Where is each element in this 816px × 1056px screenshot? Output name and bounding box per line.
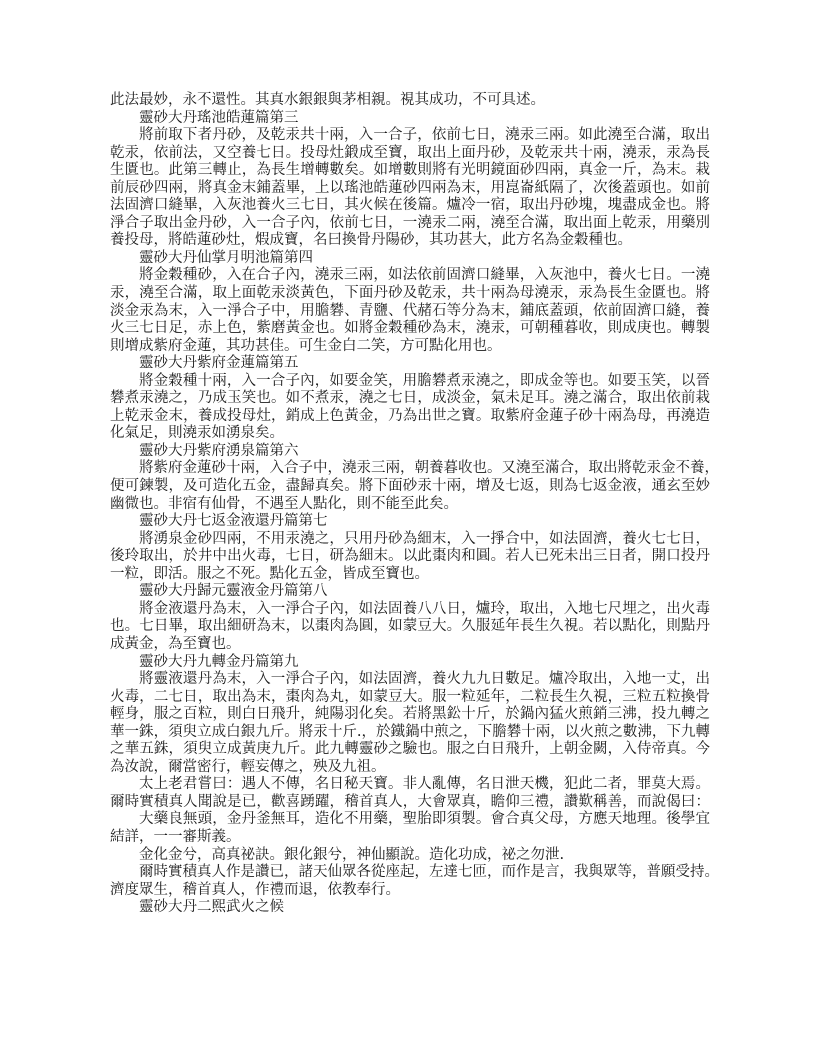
- paragraph-last-line: 養投母，將皓蓮砂灶，煆成寶，名曰換骨丹陽砂，其功甚大，此方名為金穀種也。: [110, 232, 710, 250]
- section-heading: 靈砂大丹紫府湧泉篇第六: [110, 443, 710, 461]
- paragraph-first-line: 太上老君嘗曰：遇人不傳，名日秘天寶。非人亂傳，名日泄天機，犯此二者，罪莫大焉。: [110, 776, 710, 794]
- paragraph-last-line: 濟度眾生，稽首真人，作禮而退，依教奉行。: [110, 882, 710, 900]
- section-heading: 靈砂大丹九轉金丹篇第九: [110, 654, 710, 672]
- paragraph-last-line: 化氣足，則澆汞如湧泉矣。: [110, 425, 710, 443]
- text-line: 也。七日畢，取出細研為末，以棗肉為圓，如蒙豆大。久服延年長生久視。若以點化，則點…: [110, 618, 710, 636]
- text-line: 之華五銖，須臾立成黃庚九斤。此九轉靈砂之驗也。服之白日飛升，上朝金闕，入侍帝真。…: [110, 741, 710, 759]
- text-line: 火毒，二七日，取出為末，棗肉為丸，如蒙豆大。服一粒延年，二粒長生久視，三粒五粒換…: [110, 689, 710, 707]
- paragraph-last-line: 成黃金，為至寶也。: [110, 636, 710, 654]
- paragraph-last-line: 為汝說，爾當密行，輕妄傳之，殃及九祖。: [110, 759, 710, 777]
- paragraph-last-line: 結詳，一一審斯義。: [110, 829, 710, 847]
- paragraph-first-line: 將湧泉金砂四兩，不用汞澆之，只用丹砂為細末，入一掙合中，如法固濟，養火七七日，: [110, 531, 710, 549]
- paragraph-first-line: 將前取下者丹砂，及乾汞共十兩，入一合子，依前七日，澆汞三兩。如此澆至合滿，取出: [110, 127, 710, 145]
- paragraph-last-line: 則增成紫府金蓮，其功甚佳。可生金白二笑，方可點化用也。: [110, 338, 710, 356]
- section-heading: 靈砂大丹紫府金蓮篇第五: [110, 355, 710, 373]
- paragraph-first-line: 大藥良無頭，金丹釜無耳，造化不用藥，聖胎即須製。會合真父母，方應天地理。後學宜: [110, 811, 710, 829]
- text-line: 乾汞，依前法，又空養七日。投母灶鍛成至寶，取出上面丹砂，及乾汞共十兩，澆汞，汞為…: [110, 145, 710, 163]
- document-body: 此法最妙，永不還性。其真水銀銀與茅相親。視其成功，不可具述。靈砂大丹瑤池皓蓮篇第…: [110, 92, 710, 917]
- paragraph-first-line: 將金穀種砂，入在合子內，澆汞三兩，如法依前固濟口縫畢，入灰池中，養火七日。一澆: [110, 267, 710, 285]
- text-line: 便可鍊製，及可造化五金，盡歸真矣。將下面砂汞十兩，增及七返，則為七返金液，通玄至…: [110, 478, 710, 496]
- text-line: 火三七日足，赤上色，紫磨黃金也。如將金穀種砂為末，澆汞，可朝種暮收，則成庚也。轉…: [110, 320, 710, 338]
- text-line: 爾時實積真人聞說是已，歡喜踴躍，稽首真人，大會眾真，瞻仰三禮，讚歎稱善，而說偈曰…: [110, 794, 710, 812]
- text-line: 淡金汞為末，入一淨合子中，用膽礬、青鹽、代赭石等分為末，鋪底蓋頭，依前固濟口縫，…: [110, 303, 710, 321]
- document-page: 此法最妙，永不還性。其真水銀銀與茅相親。視其成功，不可具述。靈砂大丹瑤池皓蓮篇第…: [110, 92, 710, 917]
- paragraph-first-line: 爾時實積真人作是讚已，諸天仙眾各從座起，左達七匝，而作是言，我與眾等，普願受持。: [110, 864, 710, 882]
- section-heading: 靈砂大丹瑤池皓蓮篇第三: [110, 110, 710, 128]
- paragraph-last-line: 此法最妙，永不還性。其真水銀銀與茅相親。視其成功，不可具述。: [110, 92, 710, 110]
- text-line: 礬煮汞澆之，乃成玉笑也。如不煮汞，澆之七日，成淡金，氣未足耳。澆之滿合，取出依前…: [110, 390, 710, 408]
- text-line: 汞，澆至合滿，取上面乾汞淡黃色，下面丹砂及乾汞，共十兩為母澆汞，汞為長生金匱也。…: [110, 285, 710, 303]
- paragraph-first-line: 將靈液還丹為末，入一淨合子內，如法固濟，養火九九日數足。爐冷取出，入地一丈，出: [110, 671, 710, 689]
- text-line: 前辰砂四兩，將真金末鋪蓋畢，上以瑤池皓蓮砂四兩為末，用崑崙紙隔了，次後蓋頭也。如…: [110, 180, 710, 198]
- text-line: 法固濟口縫畢，入灰池養火三七日，其火候在後篇。爐冷一宿，取出丹砂塊，塊盡成金也。…: [110, 197, 710, 215]
- paragraph-first-line: 將紫府金蓮砂十兩，入合子中，澆汞三兩，朝養暮收也。又澆至滿合，取出將乾汞金不養，: [110, 460, 710, 478]
- section-heading: 靈砂大丹歸元靈液金丹篇第八: [110, 583, 710, 601]
- section-heading: 靈砂大丹二熙武火之候: [110, 899, 710, 917]
- section-heading: 金化金兮，高真祕訣。銀化銀兮，神仙顯說。造化功成，祕之勿泄.: [110, 847, 710, 865]
- paragraph-first-line: 將金液還丹為末，入一淨合子內，如法固養八八日，爐玲，取出，入地七尺埋之，出火毒: [110, 601, 710, 619]
- paragraph-last-line: 幽微也。非宿有仙骨，不遇至人點化，則不能至此矣。: [110, 496, 710, 514]
- section-heading: 靈砂大丹七返金液還丹篇第七: [110, 513, 710, 531]
- paragraph-last-line: 一粒，即活。服之不死。點化五金，皆成至寶也。: [110, 566, 710, 584]
- text-line: 後玲取出，於井中出火毒，七日，研為細末。以此棗肉和圓。若人已死未出三日者，開口投…: [110, 548, 710, 566]
- text-line: 輕身，服之百粒，則白日飛升，純陽羽化矣。若將黑鈆十斤，於鍋內猛火煎銷三沸，投九轉…: [110, 706, 710, 724]
- text-line: 上乾汞金末，養成投母灶，銷成上色黃金，乃為出世之寶。取紫府金蓮子砂十兩為母，再澆…: [110, 408, 710, 426]
- text-line: 淨合子取出金丹砂，入一合子內，依前七日，一澆汞二兩，澆至合滿，取出面上乾汞，用藥…: [110, 215, 710, 233]
- paragraph-first-line: 將金穀種十兩，入一合子內，如要金笑，用膽礬煮汞澆之，即成金等也。如要玉笑，以晉: [110, 373, 710, 391]
- text-line: 華一銖，須臾立成白銀九斤。將汞十斤.，於鐵鍋中煎之，下膽礬十兩，以火煎之數沸，下…: [110, 724, 710, 742]
- section-heading: 靈砂大丹仙掌月明池篇第四: [110, 250, 710, 268]
- text-line: 生匱也。此第三轉止，為長生增轉數矣。如增數則將有光明鏡面砂四兩，真金一斤，為末。…: [110, 162, 710, 180]
